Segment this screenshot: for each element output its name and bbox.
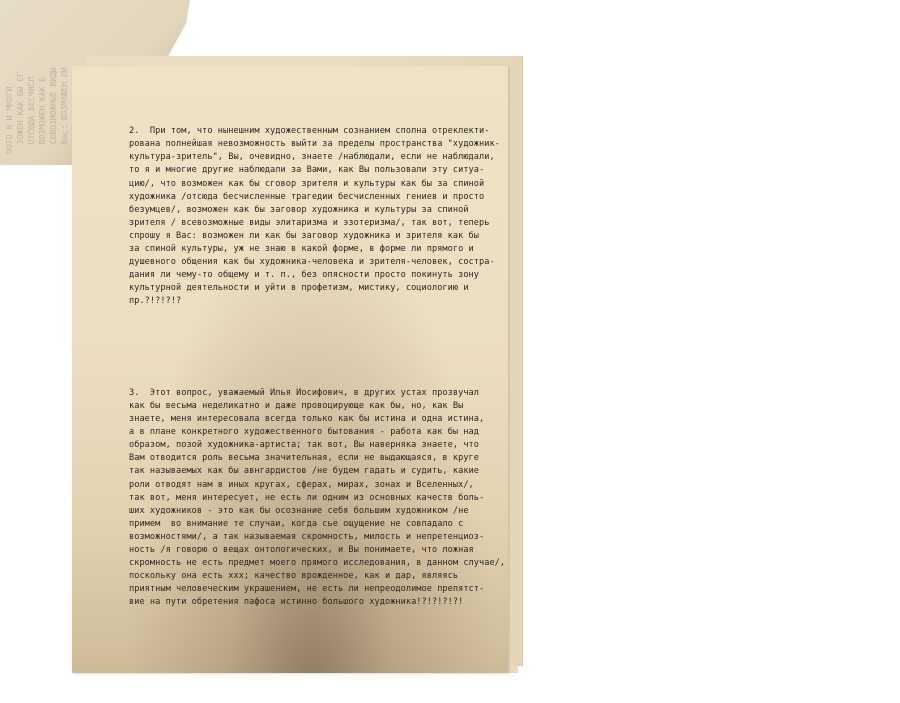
text-line: 3. Этот вопрос, уважаемый Илья Иосифович… [129,387,504,400]
text-line: роли отводят нам в иных кругах, сферах, … [129,479,504,492]
paragraph-3: 3. Этот вопрос, уважаемый Илья Иосифович… [129,387,504,610]
text-line: спрошу я Вас: возможен ли как бы заговор… [129,230,504,243]
text-line: так называемых как бы авнгардистов /не б… [129,465,504,478]
text-line: зрителя / всевозможные виды элитаризма и… [129,217,504,230]
text-line: то я и многие другие наблюдали за Вами, … [129,164,504,177]
text-line: поскольку она есть ххх; качество врожден… [129,570,504,583]
text-line: душевного общения как бы художника-челов… [129,256,504,269]
paragraph-2: 2. При том, что нынешним художественным … [129,125,504,308]
text-line: возможностями/, а так называемая скромно… [129,531,504,544]
text-line: знаете, меня интересовала всегда только … [129,413,504,426]
text-line: 2. При том, что нынешним художественным … [129,125,504,138]
text-line: ность /я говорю о вещах онтологических, … [129,544,504,557]
text-line: примем во внимание те случаи, когда сье … [129,518,504,531]
text-line: дания ли чему-то общему и т. п., без опя… [129,269,504,282]
text-line: культурной деятельности и уйти в профети… [129,282,504,295]
text-line: а в плане конкретного художественного бы… [129,426,504,439]
text-line: культура-зритель", Вы, очевидно, знаете … [129,151,504,164]
text-line: художника /отсюда бесчисленные трагедии … [129,191,504,204]
page-text: 2. При том, что нынешним художественным … [129,99,504,623]
text-line: Вам отводится роль весьма значительная, … [129,452,504,465]
text-line: вие на пути обретения пафоса истинно бол… [129,596,504,609]
text-line: за спиной культуры, уж не знаю в какой ф… [129,243,504,256]
text-line: скромность не есть предмет моего прямого… [129,557,504,570]
text-line: образом, позой художника-артиста; так во… [129,439,504,452]
text-line: приятным человеческим украшением, не ест… [129,583,504,596]
text-line: как бы весьма неделикатно и даже провоци… [129,400,504,413]
text-line: безумцев/, возможен как бы заговор худож… [129,204,504,217]
text-line: пр.?!?!?!? [129,295,504,308]
text-line: цию/, что возможен как бы сговор зрителя… [129,178,504,191]
text-line: ших художников - это как бы осознание се… [129,505,504,518]
text-line: рована полнейшая невозможность выйти за … [129,138,504,151]
paragraph-spacer [129,335,504,361]
text-line: так вот, меня интересует, не есть ли одн… [129,492,504,505]
